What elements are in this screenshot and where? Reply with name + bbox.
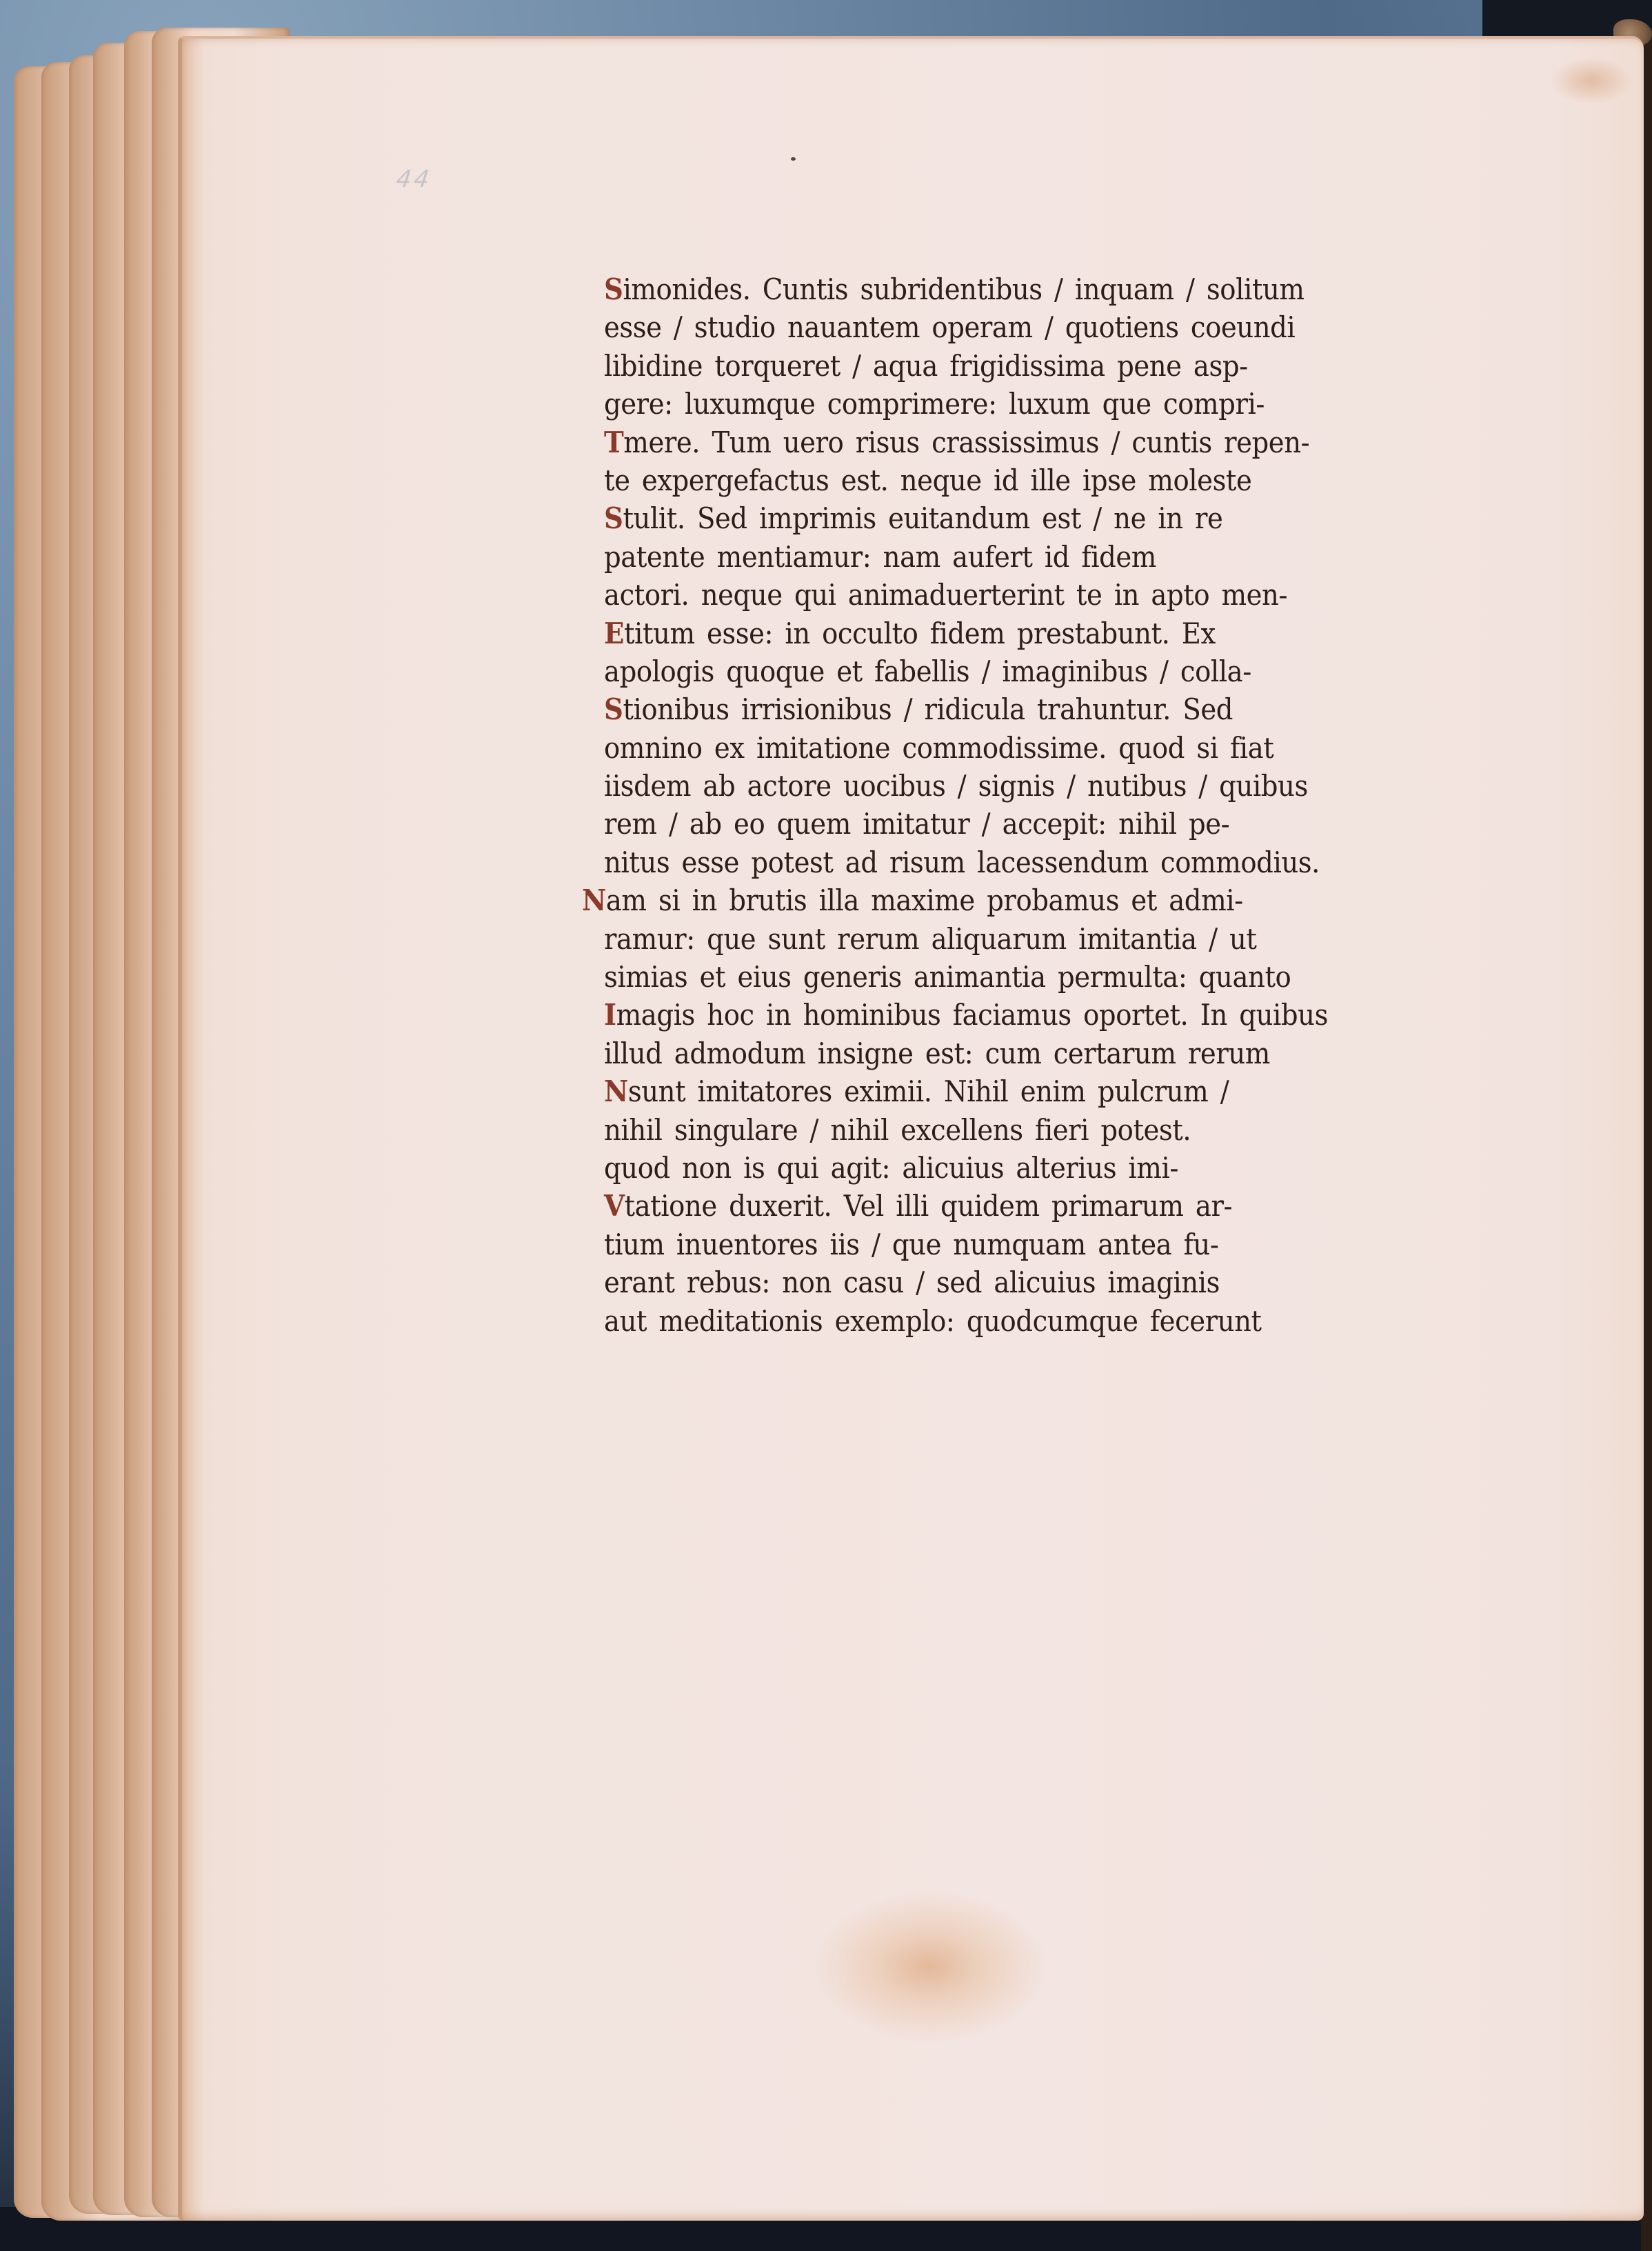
- rubric-initial: I: [604, 998, 616, 1032]
- line-text: nitus esse potest ad risum lacessendum c…: [604, 846, 1320, 879]
- text-line: iisdem ab actore uocibus / signis / nuti…: [604, 767, 1429, 805]
- text-line: actori. neque qui animaduerterint te in …: [604, 576, 1429, 614]
- text-line: esse / studio nauantem operam / quotiens…: [604, 308, 1429, 346]
- text-line: Vtatione duxerit. Vel illi quidem primar…: [604, 1187, 1429, 1225]
- text-line: ramur: que sunt rerum aliquarum imitanti…: [604, 920, 1429, 958]
- text-line: te expergefactus est. neque id ille ipse…: [604, 461, 1429, 499]
- text-line: Nam si in brutis illa maxime probamus et…: [582, 881, 1427, 919]
- line-text: tulit. Sed imprimis euitandum est / ne i…: [623, 501, 1222, 535]
- line-text: aut meditationis exemplo: quodcumque fec…: [604, 1304, 1262, 1338]
- text-line: nihil singulare / nihil excellens fieri …: [604, 1111, 1429, 1149]
- line-text: patente mentiamur: nam aufert id fidem: [604, 540, 1156, 574]
- ink-dot: [791, 157, 796, 161]
- text-line: nitus esse potest ad risum lacessendum c…: [604, 843, 1429, 881]
- line-text: erant rebus: non casu / sed alicuius ima…: [604, 1265, 1220, 1299]
- line-text: simias et eius generis animantia permult…: [604, 960, 1291, 994]
- line-text: actori. neque qui animaduerterint te in …: [604, 578, 1287, 612]
- line-text: mere. Tum uero risus crassissimus / cunt…: [623, 426, 1309, 459]
- text-line: patente mentiamur: nam aufert id fidem: [604, 538, 1429, 576]
- rubric-initial: N: [582, 883, 606, 917]
- text-line: tium inuentores iis / que numquam antea …: [604, 1225, 1429, 1263]
- line-text: quod non is qui agit: alicuius alterius …: [604, 1151, 1178, 1185]
- line-text: iisdem ab actore uocibus / signis / nuti…: [604, 769, 1308, 803]
- line-text: omnino ex imitatione commodissime. quod …: [604, 731, 1273, 765]
- line-text: illud admodum insigne est: cum certarum …: [604, 1037, 1270, 1070]
- text-line: gere: luxumque comprimere: luxum que com…: [604, 385, 1429, 423]
- rubric-initial: S: [604, 272, 623, 306]
- line-text: rem / ab eo quem imitatur / accepit: nih…: [604, 807, 1229, 841]
- text-line: omnino ex imitatione commodissime. quod …: [604, 729, 1429, 767]
- line-text: libidine torqueret / aqua frigidissima p…: [604, 349, 1248, 383]
- line-text: tium inuentores iis / que numquam antea …: [604, 1228, 1218, 1261]
- text-line: Tmere. Tum uero risus crassissimus / cun…: [604, 423, 1429, 461]
- line-text: tionibus irrisionibus / ridicula trahunt…: [623, 692, 1233, 726]
- line-text: nihil singulare / nihil excellens fieri …: [604, 1113, 1191, 1147]
- rubric-initial: V: [604, 1189, 625, 1223]
- rubric-initial: S: [604, 692, 623, 726]
- line-text: gere: luxumque comprimere: luxum que com…: [604, 387, 1265, 421]
- rubric-initial: T: [604, 426, 623, 459]
- text-line: Simonides. Cuntis subridentibus / inquam…: [604, 270, 1429, 308]
- line-text: magis hoc in hominibus faciamus oportet.…: [616, 998, 1328, 1032]
- text-line: Stionibus irrisionibus / ridicula trahun…: [604, 690, 1429, 728]
- text-line: quod non is qui agit: alicuius alterius …: [604, 1149, 1429, 1187]
- text-line: apologis quoque et fabellis / imaginibus…: [604, 652, 1429, 690]
- text-line: rem / ab eo quem imitatur / accepit: nih…: [604, 805, 1429, 843]
- line-text: imonides. Cuntis subridentibus / inquam …: [623, 272, 1304, 306]
- text-line: Nsunt imitatores eximii. Nihil enim pulc…: [604, 1072, 1429, 1110]
- text-line: Imagis hoc in hominibus faciamus oportet…: [604, 996, 1429, 1034]
- line-text: te expergefactus est. neque id ille ipse…: [604, 463, 1251, 497]
- rubric-initial: N: [604, 1074, 628, 1108]
- line-text: sunt imitatores eximii. Nihil enim pulcr…: [628, 1074, 1229, 1108]
- line-text: am si in brutis illa maxime probamus et …: [606, 883, 1243, 917]
- line-text: titum esse: in occulto fidem prestabunt.…: [624, 617, 1216, 650]
- rubric-initial: E: [604, 617, 624, 650]
- line-text: esse / studio nauantem operam / quotiens…: [604, 310, 1295, 344]
- line-text: tatione duxerit. Vel illi quidem primaru…: [625, 1189, 1233, 1223]
- text-line: Etitum esse: in occulto fidem prestabunt…: [604, 614, 1429, 652]
- line-text: ramur: que sunt rerum aliquarum imitanti…: [604, 922, 1257, 956]
- text-line: libidine torqueret / aqua frigidissima p…: [604, 347, 1429, 385]
- rubric-initial: S: [604, 501, 623, 535]
- line-text: apologis quoque et fabellis / imaginibus…: [604, 654, 1251, 688]
- text-line: aut meditationis exemplo: quodcumque fec…: [604, 1302, 1429, 1340]
- text-line: illud admodum insigne est: cum certarum …: [604, 1034, 1429, 1072]
- text-line: erant rebus: non casu / sed alicuius ima…: [604, 1263, 1429, 1301]
- text-line: simias et eius generis animantia permult…: [604, 958, 1429, 996]
- text-line: Stulit. Sed imprimis euitandum est / ne …: [604, 499, 1429, 537]
- text-block: Simonides. Cuntis subridentibus / inquam…: [604, 270, 1500, 1340]
